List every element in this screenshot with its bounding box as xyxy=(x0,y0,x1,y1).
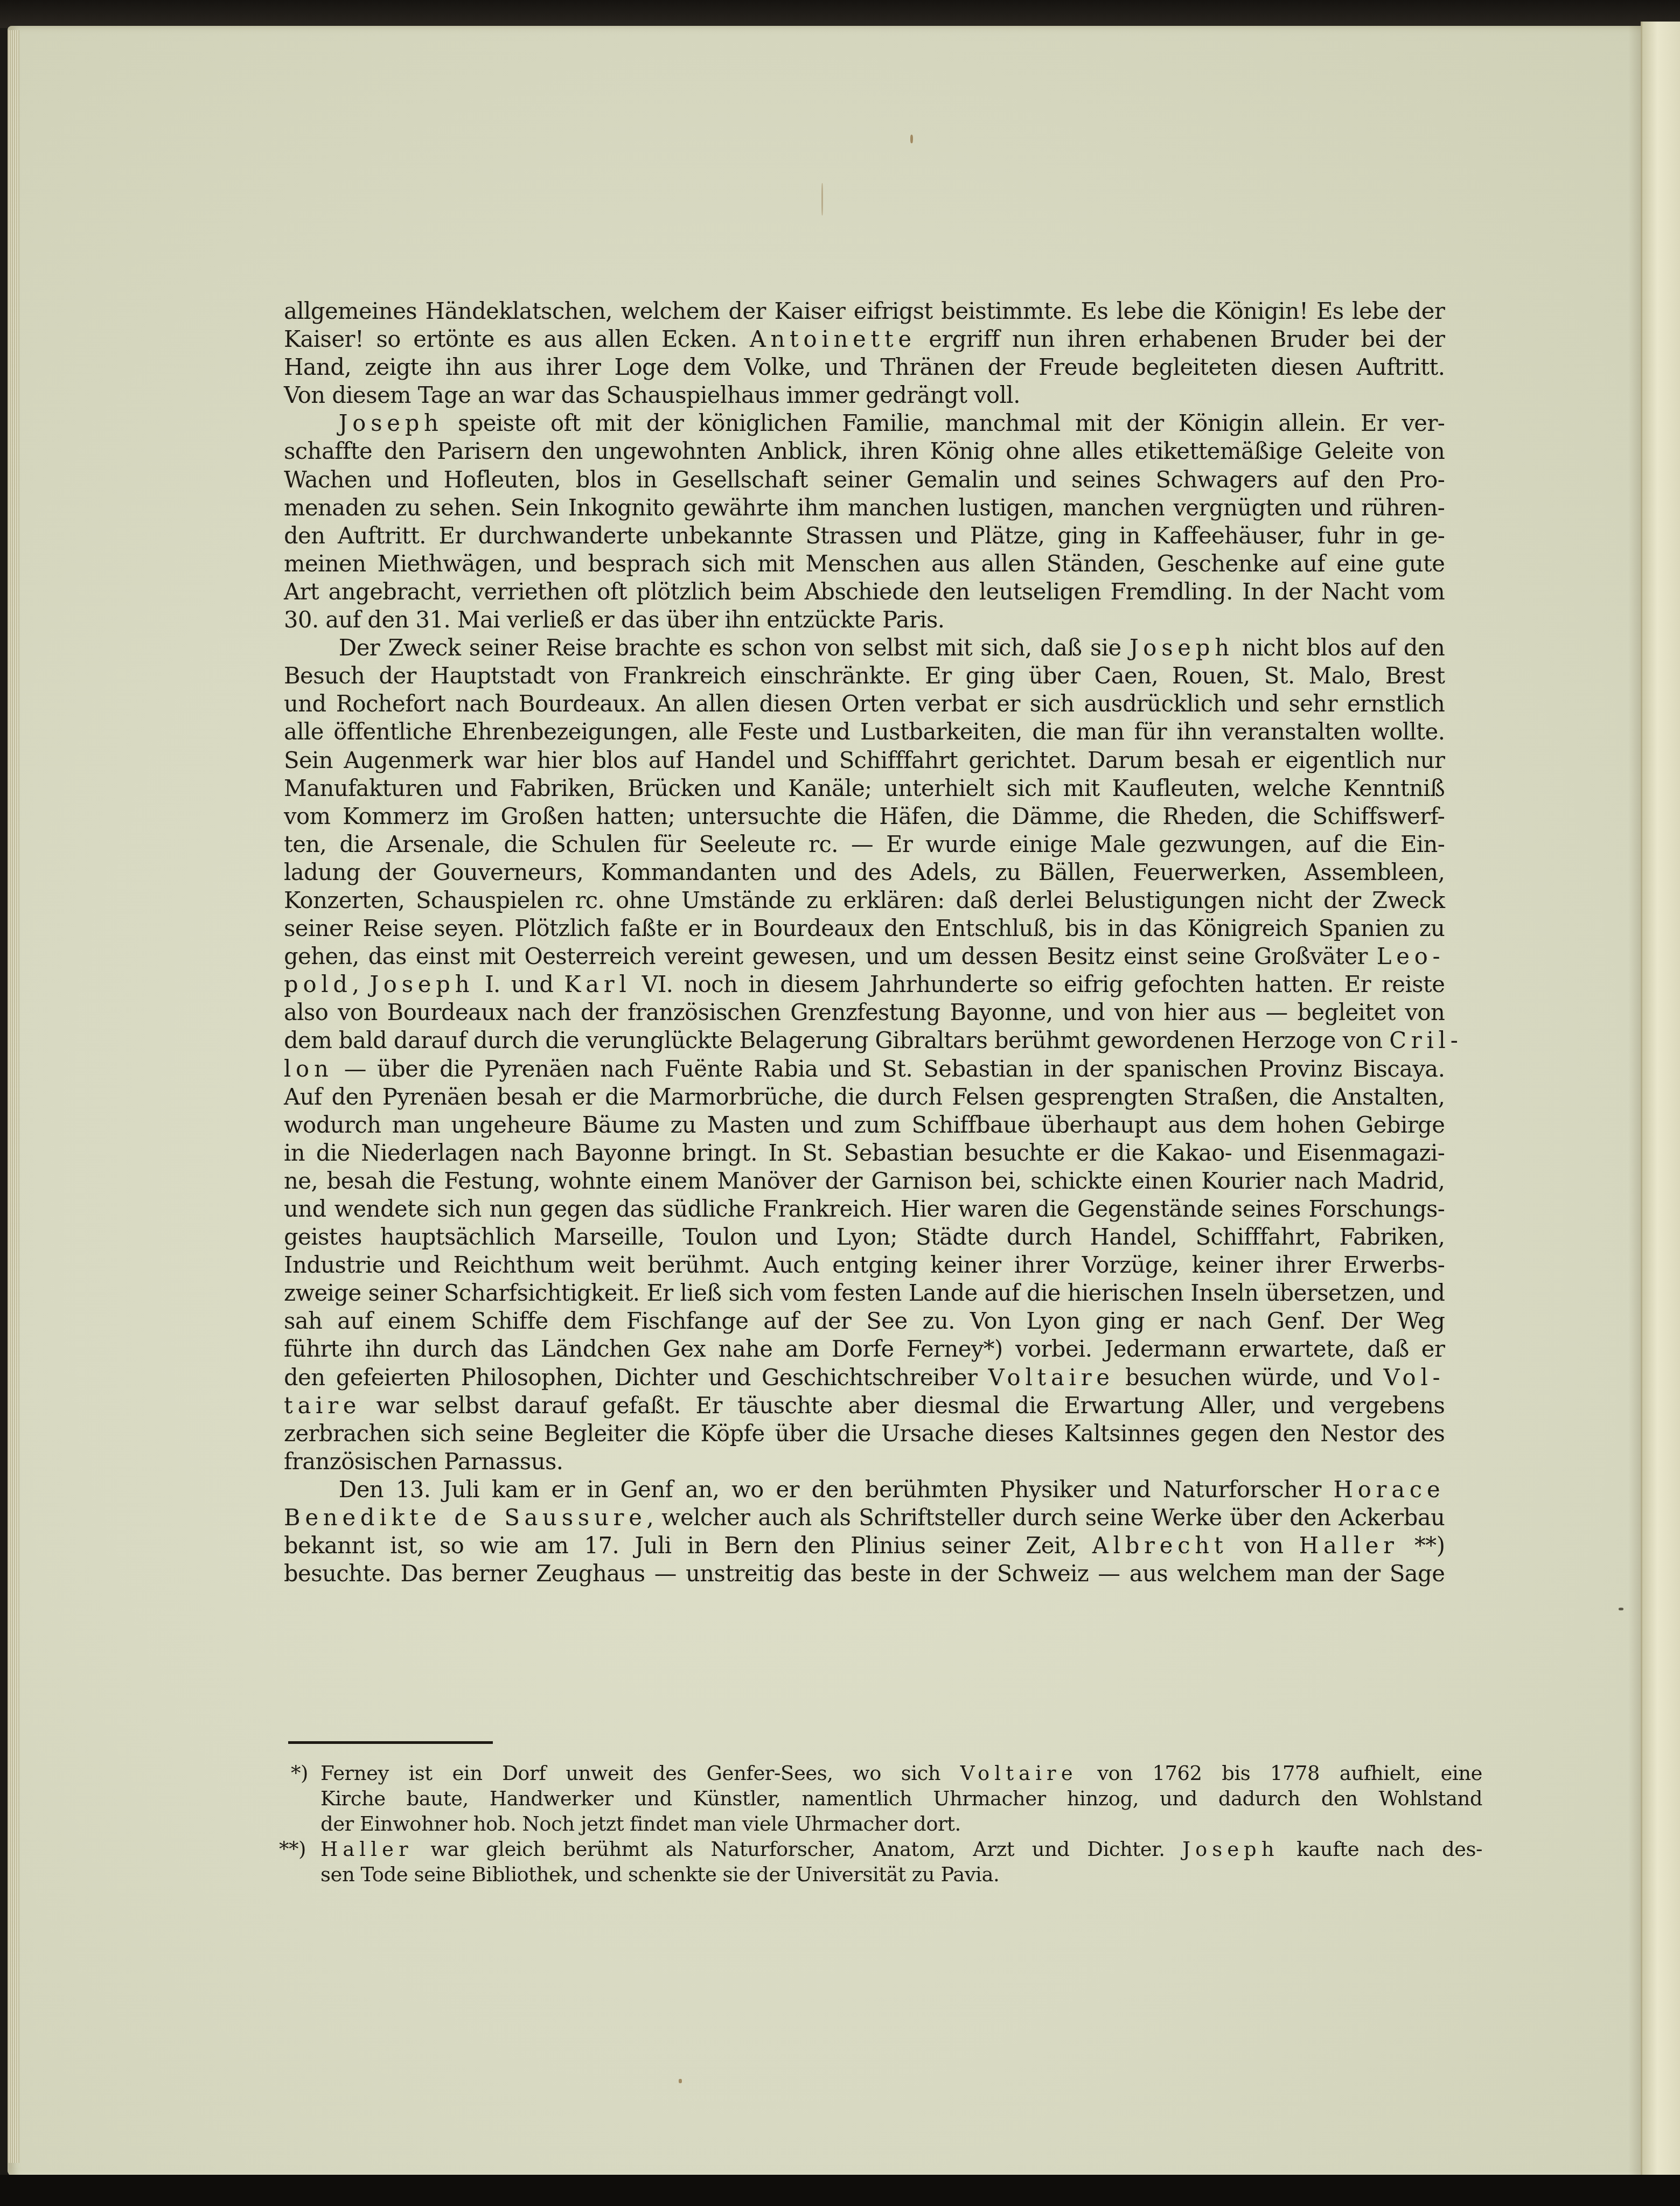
text-line: dem bald darauf durch die verunglückte B… xyxy=(284,1027,1445,1055)
paper-speck xyxy=(910,135,913,143)
spaced-name: Leo- xyxy=(1377,943,1445,970)
text-line: also von Bourdeaux nach der französische… xyxy=(284,999,1445,1027)
footnotes: *)Ferney ist ein Dorf unweit des Genfer-… xyxy=(291,1761,1482,1888)
text-line: besuchte. Das berner Zeughaus — unstreit… xyxy=(284,1560,1445,1588)
footnote-line: *)Ferney ist ein Dorf unweit des Genfer-… xyxy=(291,1761,1482,1786)
text-line: ten, die Arsenale, die Schulen für Seele… xyxy=(284,830,1445,858)
text-line: Art angebracht, verriethen oft plötzlich… xyxy=(284,578,1445,606)
spaced-name: taire xyxy=(284,1392,361,1419)
footnote-line: Kirche baute, Handwerker und Künstler, n… xyxy=(291,1786,1482,1812)
text-line: 30. auf den 31. Mai verließ er das über … xyxy=(284,606,1445,634)
text-line: Auf den Pyrenäen besah er die Marmorbrüc… xyxy=(284,1083,1445,1111)
spaced-name: Joseph xyxy=(1182,1838,1279,1861)
text-line: ne, besah die Festung, wohnte einem Manö… xyxy=(284,1167,1445,1195)
spaced-name: Joseph xyxy=(339,410,443,437)
footnote-rule xyxy=(288,1741,493,1744)
body-text: allgemeines Händeklatschen, welchem der … xyxy=(284,297,1481,1588)
spaced-name: Benedikte de Saussure xyxy=(284,1504,647,1531)
spaced-name: Cril- xyxy=(1389,1027,1462,1054)
text-line: französischen Parnassus. xyxy=(284,1448,1445,1476)
spaced-name: Voltaire xyxy=(988,1364,1114,1391)
text-line: alle öffentliche Ehrenbezeigungen, alle … xyxy=(284,718,1445,746)
footnote-line: sen Tode seine Bibliothek, und schenkte … xyxy=(291,1862,1482,1888)
spaced-name: Karl xyxy=(564,971,631,998)
text-line: Industrie und Reichthum weit berühmt. Au… xyxy=(284,1251,1445,1279)
paper-speck xyxy=(679,2079,682,2083)
text-line: und Rochefort nach Bourdeaux. An allen d… xyxy=(284,690,1445,718)
text-line: geistes hauptsächlich Marseille, Toulon … xyxy=(284,1223,1445,1251)
spaced-name: Haller xyxy=(320,1838,413,1861)
text-line: Konzerten, Schauspielen rc. ohne Umständ… xyxy=(284,886,1445,914)
text-line: wodurch man ungeheure Bäume zu Masten un… xyxy=(284,1111,1445,1139)
footnote-marker: **) xyxy=(279,1837,306,1862)
footnote-line: **)Haller war gleich berühmt als Naturfo… xyxy=(291,1837,1482,1862)
text-line: Manufakturen und Fabriken, Brücken und K… xyxy=(284,774,1445,802)
text-line: lon — über die Pyrenäen nach Fuënte Rabi… xyxy=(284,1055,1445,1083)
text-line: taire war selbst darauf gefaßt. Er täusc… xyxy=(284,1392,1445,1420)
text-line: führte ihn durch das Ländchen Gex nahe a… xyxy=(284,1335,1445,1363)
spaced-name: Joseph xyxy=(370,971,474,998)
text-line: pold, Joseph I. und Karl VI. noch in die… xyxy=(284,971,1445,999)
spaced-name: Voltaire xyxy=(960,1762,1078,1785)
text-line: vom Kommerz im Großen hatten; untersucht… xyxy=(284,802,1445,830)
text-line: schaffte den Parisern den ungewohnten An… xyxy=(284,437,1445,465)
text-line: Wachen und Hofleuten, blos in Gesellscha… xyxy=(284,466,1445,494)
text-line: Der Zweck seiner Reise brachte es schon … xyxy=(284,634,1445,662)
text-line: gehen, das einst mit Oesterreich vereint… xyxy=(284,943,1445,971)
spaced-name: Albrecht xyxy=(1092,1532,1228,1559)
spaced-name: Haller xyxy=(1299,1532,1399,1559)
scan-background-bottom xyxy=(0,2175,1680,2206)
text-line: seiner Reise seyen. Plötzlich faßte er i… xyxy=(284,914,1445,943)
text-line: Hand, zeigte ihn aus ihrer Loge dem Volk… xyxy=(284,353,1445,381)
spaced-name: Joseph xyxy=(1130,634,1234,661)
text-line: zerbrachen sich seine Begleiter die Köpf… xyxy=(284,1420,1445,1448)
text-line: Sein Augenmerk war hier blos auf Handel … xyxy=(284,746,1445,774)
text-line: in die Niederlagen nach Bayonne bringt. … xyxy=(284,1139,1445,1167)
text-line: allgemeines Händeklatschen, welchem der … xyxy=(284,297,1445,325)
text-line: Kaiser! so ertönte es aus allen Ecken. A… xyxy=(284,325,1445,353)
text-line: Joseph speiste oft mit der königlichen F… xyxy=(284,409,1445,437)
spaced-name: lon xyxy=(284,1056,333,1083)
text-line: bekannt ist, so wie am 17. Juli in Bern … xyxy=(284,1532,1445,1560)
spaced-name: Antoinette xyxy=(750,326,916,353)
text-line: den gefeierten Philosophen, Dichter und … xyxy=(284,1364,1445,1392)
footnote-marker: *) xyxy=(291,1761,308,1786)
text-line: zweige seiner Scharfsichtigkeit. Er ließ… xyxy=(284,1279,1445,1307)
text-line: Den 13. Juli kam er in Genf an, wo er de… xyxy=(284,1476,1445,1504)
text-line: meinen Miethwägen, und besprach sich mit… xyxy=(284,550,1445,578)
paper-speck xyxy=(1619,1608,1623,1610)
spaced-name: Horace xyxy=(1334,1476,1445,1503)
text-line: und wendete sich nun gegen das südliche … xyxy=(284,1195,1445,1223)
page-edges xyxy=(8,30,19,2163)
text-line: menaden zu sehen. Sein Inkognito gewährt… xyxy=(284,494,1445,522)
scan-background-top xyxy=(0,0,1680,28)
spaced-name: Vol- xyxy=(1384,1364,1445,1391)
text-line: Von diesem Tage an war das Schauspielhau… xyxy=(284,381,1445,409)
spaced-name: pold xyxy=(284,971,352,998)
footnote-line: der Einwohner hob. Noch jetzt findet man… xyxy=(291,1812,1482,1837)
text-line: sah auf einem Schiffe dem Fischfange auf… xyxy=(284,1307,1445,1335)
text-line: ladung der Gouverneurs, Kommandanten und… xyxy=(284,858,1445,886)
facing-page-edge xyxy=(1641,22,1680,2176)
text-line: den Auftritt. Er durchwanderte unbekannt… xyxy=(284,522,1445,550)
paper-speck xyxy=(821,183,823,215)
text-line: Besuch der Hauptstadt von Frankreich ein… xyxy=(284,662,1445,690)
text-line: Benedikte de Saussure, welcher auch als … xyxy=(284,1504,1445,1532)
